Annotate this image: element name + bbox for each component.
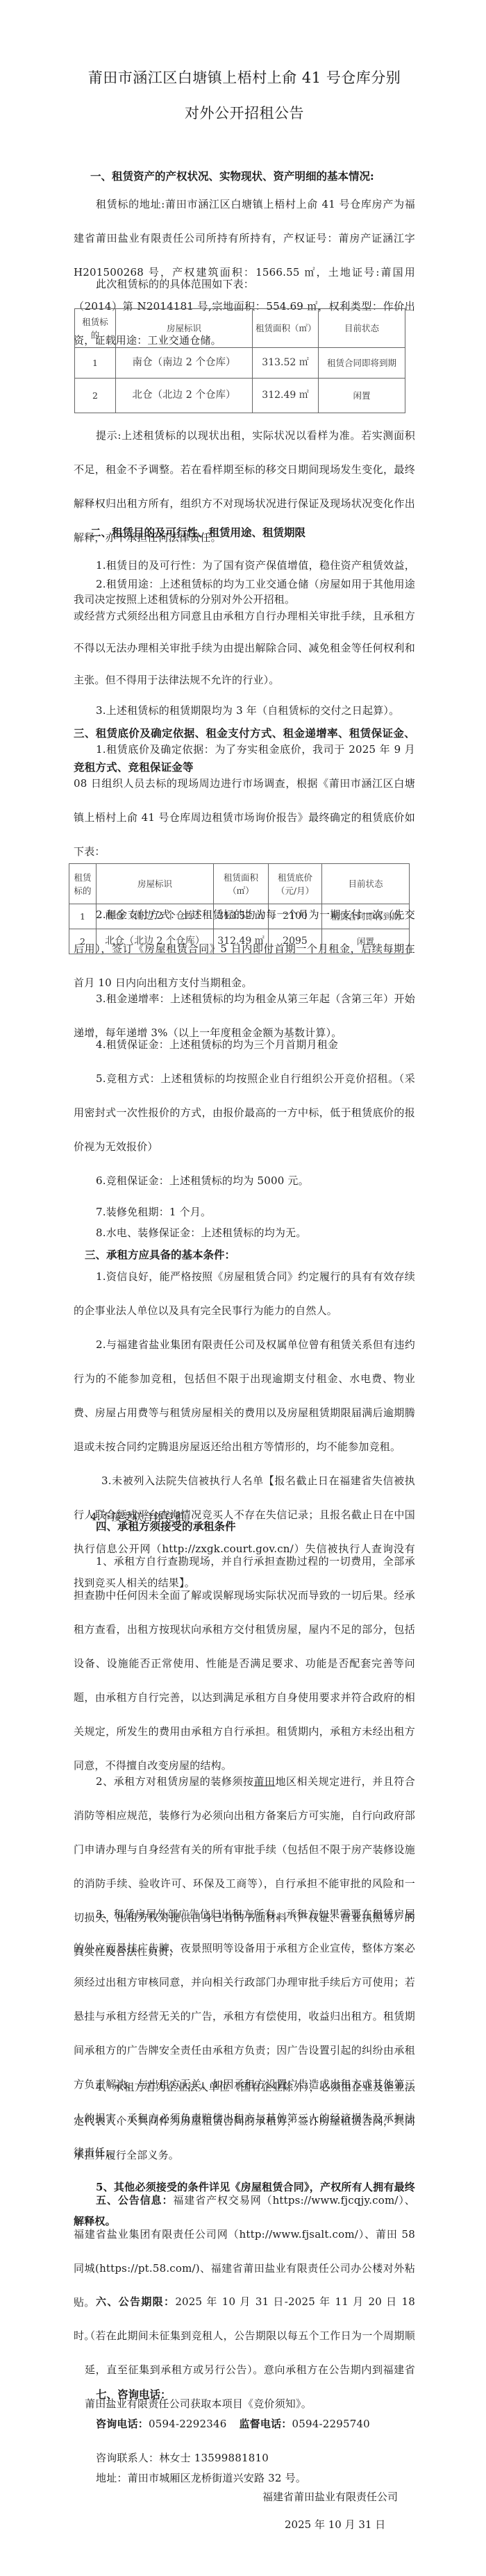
consult-phones: 咨询电话：0594-2292346监督电话：0594-2295740 <box>96 2410 415 2438</box>
supervise-phone-label: 监督电话： <box>239 2418 292 2430</box>
section2-item-2: 2.租赁用途：上述租赁标的均为工业交通仓储（房屋如用于其他用途或经营方式须经出租… <box>74 568 415 696</box>
section4-item-2-underline: 莆田 <box>253 1775 275 1788</box>
section2-heading: 二、租赁目的及可行性、租赁用途、租赁期限 <box>90 524 305 541</box>
section7-heading: 七、咨询电话： <box>96 2386 171 2403</box>
table-cell: 312.49 ㎡ <box>253 379 319 413</box>
table-cell: 313.52 ㎡ <box>253 348 319 379</box>
title-line-2: 对外公开招租公告 <box>74 102 415 123</box>
section3-item-5: 5.竞租方式：上述租赁标的均按照企业自行组织公开竞价招租。（采用密封式一次性报价… <box>74 1062 415 1164</box>
table-header-cell: 租赁面积（㎡） <box>253 309 319 348</box>
table-row: 1 南仓（南边 2 个仓库） 313.52 ㎡ 租赁合同即将到期 <box>75 348 405 379</box>
table-cell: 北仓（北边 2 个仓库） <box>116 379 253 413</box>
section3b-item-1: 1.资信良好，能严格按照《房屋租赁合同》约定履行的具有有效存续的企事业法人单位以… <box>74 1260 415 1328</box>
section3-item-6: 6.竞租保证金：上述租赁标的均为 5000 元。 <box>74 1164 415 1198</box>
consult-phone: 0594-2292346 <box>149 2418 226 2430</box>
section3-item-1: 1.租赁底价及确定依据：为了夯实租金底价，我司于 2025 年 9 月 08 日… <box>74 733 415 869</box>
asset-scope-table: 租赁标的 房屋标识 租赁面积（㎡） 目前状态 1 南仓（南边 2 个仓库） 31… <box>74 308 405 413</box>
section4-item-1: 1、承租方自行查勘现场，并自行承担查勘过程的一切费用，全部承担查勘中任何因未全面… <box>74 1545 415 1783</box>
table-cell: 南仓（南边 2 个仓库） <box>116 348 253 379</box>
office-address: 地址：莆田市城厢区龙桥街道兴安路 32 号。 <box>96 2464 415 2492</box>
section4-heading: 四、承租方须接受的承租条件 <box>96 1518 236 1535</box>
section6-note: （若在此期间未征集到竞租人，公告期限以每五个工作日为一个周期顺延，直至征集到承租… <box>85 2319 415 2421</box>
table-cell: 1 <box>75 348 116 379</box>
signature-company: 福建省莆田盐业有限责任公司 <box>262 2489 398 2504</box>
section1-table-intro: 此次租赁标的的具体范围如下表： <box>74 267 415 301</box>
table-cell: 租赁合同即将到期 <box>319 348 405 379</box>
table-row: 2 北仓（北边 2 个仓库） 312.49 ㎡ 闲置 <box>75 379 405 413</box>
section4-item-2-pre: 2、承租方对租赁房屋的装修须按 <box>96 1775 253 1788</box>
table-header-row: 租赁标的 房屋标识 租赁面积（㎡） 目前状态 <box>75 309 405 348</box>
section4-item-4: 4、承租方若为企业法人单位（国有企业除外），必须由企业及企业法定代表人个人共同作… <box>74 2070 415 2172</box>
section6-label: 六、公告期限： <box>96 2295 175 2308</box>
consult-phone-label: 咨询电话： <box>96 2418 149 2430</box>
supervise-phone: 0594-2295740 <box>292 2418 369 2430</box>
table-header-cell: 租赁标的 <box>75 309 116 348</box>
signature-date: 2025 年 10 月 31 日 <box>285 2517 385 2532</box>
title-line-1: 莆田市涵江区白塘镇上梧村上俞 41 号仓库分别 <box>74 67 415 88</box>
section1-heading: 一、租赁资产的产权状况、实物现状、资产明细的基本情况: <box>90 168 374 185</box>
section3b-item-2: 2.与福建省盐业集团有限责任公司及权属单位曾有租赁关系但有违约行为的不能参加竞租… <box>74 1328 415 1464</box>
table-header-cell: 目前状态 <box>319 309 405 348</box>
table-cell: 2 <box>75 379 116 413</box>
table-cell: 闲置 <box>319 379 405 413</box>
section3-item-4: 4.租赁保证金：上述租赁标的均为三个月首期月租金 <box>74 1028 415 1062</box>
table-header-cell: 房屋标识 <box>116 309 253 348</box>
section5-label: 五、公告信息： <box>96 2194 173 2207</box>
section3-item-8: 8.水电、装修保证金：上述租赁标的均为无。 <box>74 1219 415 1247</box>
